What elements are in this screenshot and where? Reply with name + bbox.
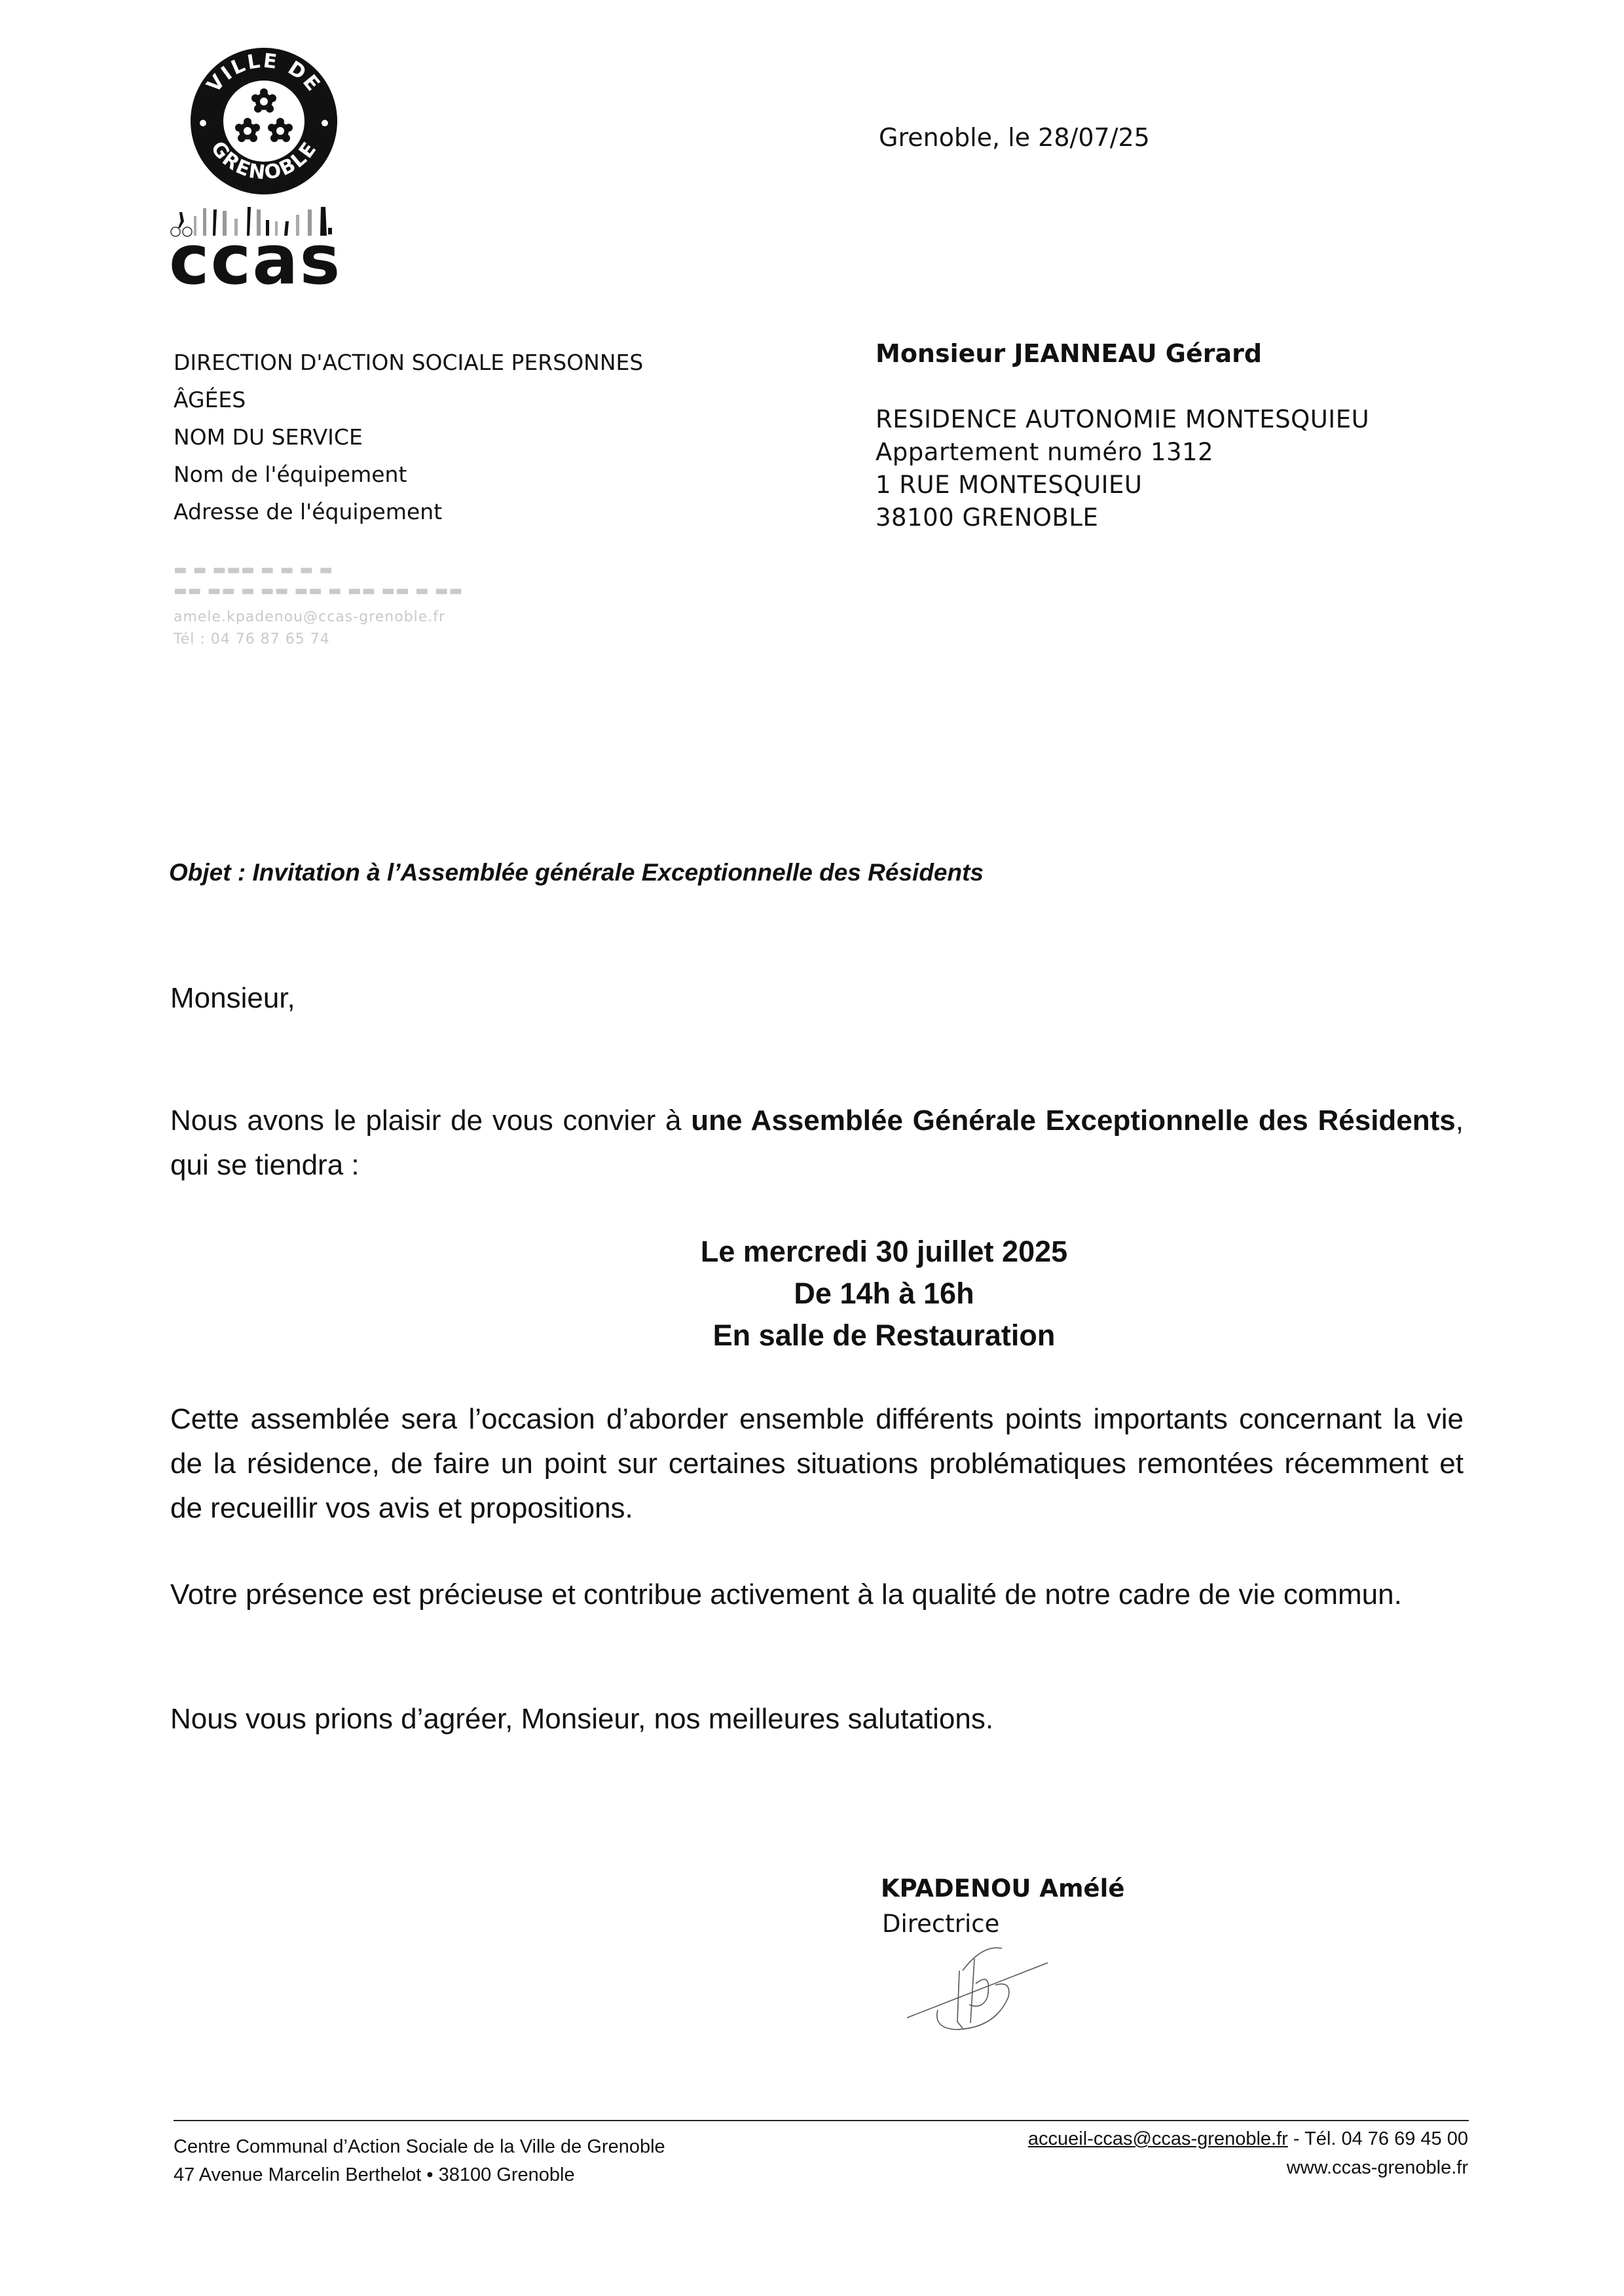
- sender-facility-address: Adresse de l'équipement: [174, 501, 442, 522]
- faint-line-1: ▬ ▬ ▬▬▬ ▬ ▬ ▬ ▬: [174, 563, 333, 577]
- footer-contact: accueil-ccas@ccas-grenoble.fr - Tél. 04 …: [1028, 2130, 1468, 2149]
- event-date: Le mercredi 30 juillet 2025: [563, 1231, 1205, 1273]
- recipient-address-line: 1 RUE MONTESQUIEU: [876, 473, 1143, 497]
- letter-subject: Objet : Invitation à l’Assemblée général…: [169, 859, 984, 886]
- event-place: En salle de Restauration: [563, 1315, 1205, 1357]
- sender-phone: Tél : 04 76 87 65 74: [174, 632, 330, 647]
- footer-address: 47 Avenue Marcelin Berthelot • 38100 Gre…: [174, 2166, 575, 2185]
- ville-de-grenoble-logo: VILLE DE GRENOBLE: [189, 46, 339, 196]
- sender-facility-name: Nom de l'équipement: [174, 464, 407, 485]
- footer-phone: - Tél. 04 76 69 45 00: [1288, 2128, 1468, 2149]
- event-details: Le mercredi 30 juillet 2025 De 14h à 16h…: [563, 1231, 1205, 1357]
- recipient-name: Monsieur JEANNEAU Gérard: [876, 339, 1262, 368]
- sender-service: NOM DU SERVICE: [174, 426, 363, 448]
- handwritten-signature-icon: [897, 1944, 1067, 2049]
- ccas-wordmark: ccas: [169, 226, 341, 294]
- event-time: De 14h à 16h: [563, 1273, 1205, 1315]
- recipient-address-line: Appartement numéro 1312: [876, 440, 1213, 464]
- recipient-address-line: 38100 GRENOBLE: [876, 505, 1098, 530]
- body-paragraph-invitation: Nous avons le plaisir de vous convier à …: [170, 1099, 1464, 1188]
- footer-divider: [174, 2120, 1469, 2121]
- letter-date: Grenoble, le 28/07/25: [879, 123, 1150, 152]
- footer-website[interactable]: www.ccas-grenoble.fr: [1287, 2159, 1468, 2178]
- event-name: une Assemblée Générale Exceptionnelle de…: [691, 1104, 1456, 1137]
- sender-direction-cont: ÂGÉES: [174, 389, 246, 410]
- recipient-address-line: RESIDENCE AUTONOMIE MONTESQUIEU: [876, 407, 1369, 431]
- body-paragraph-agenda: Cette assemblée sera l’occasion d’aborde…: [170, 1397, 1464, 1531]
- signer-name: KPADENOU Amélé: [881, 1874, 1124, 1903]
- footer-email-link[interactable]: accueil-ccas@ccas-grenoble.fr: [1028, 2128, 1288, 2149]
- footer-org-name: Centre Communal d’Action Sociale de la V…: [174, 2138, 665, 2157]
- body-paragraph-closing: Nous vous prions d’agréer, Monsieur, nos…: [170, 1697, 1464, 1741]
- salutation: Monsieur,: [170, 982, 295, 1015]
- faint-line-2: ▬▬ ▬▬ ▬ ▬▬ ▬▬ ▬ ▬▬ ▬▬ ▬ ▬▬: [174, 584, 463, 598]
- sender-direction: DIRECTION D'ACTION SOCIALE PERSONNES: [174, 352, 643, 373]
- city-seal-icon: VILLE DE GRENOBLE: [189, 46, 339, 196]
- signer-title: Directrice: [882, 1910, 999, 1938]
- body-paragraph-presence: Votre présence est précieuse et contribu…: [170, 1573, 1464, 1617]
- sender-email: amele.kpadenou@ccas-grenoble.fr: [174, 610, 445, 625]
